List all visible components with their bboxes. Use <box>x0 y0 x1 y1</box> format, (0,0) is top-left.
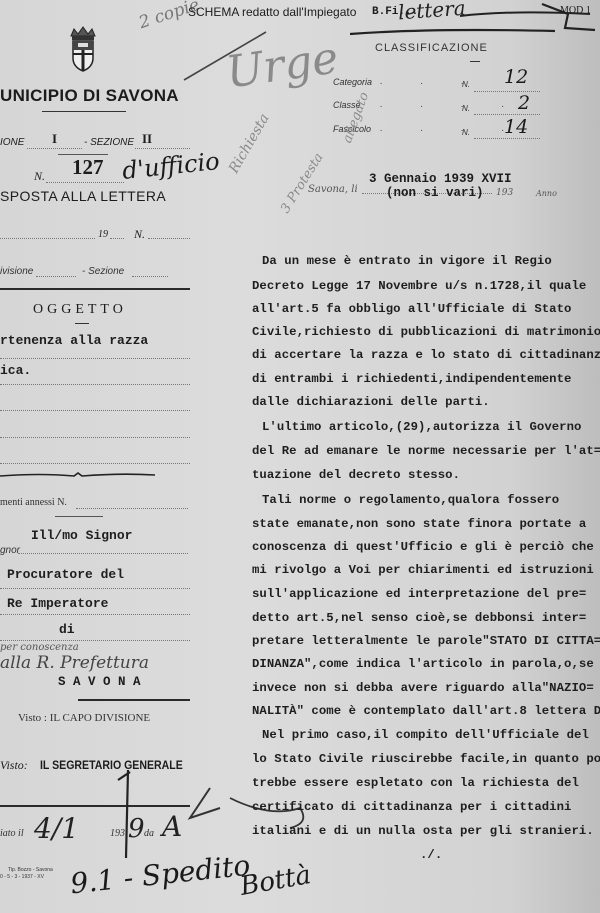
recipient-line-4: di <box>59 622 75 637</box>
body-line: sull'applicazione ed interpretazione del… <box>252 587 586 601</box>
title-ornament-divider <box>42 111 126 112</box>
visto-capo-divisione: Visto : IL CAPO DIVISIONE <box>18 712 150 724</box>
subject-line-2: ica. <box>0 363 31 378</box>
reply-year-label: 19 <box>98 229 108 240</box>
section-label: - SEZIONE <box>84 137 134 148</box>
pencil-annotation-allegato: allegato <box>340 90 372 145</box>
recipient-prefix-label: gnor <box>0 545 20 556</box>
body-line: Civile,richiesto di pubblicazioni di mat… <box>252 325 600 339</box>
handwritten-sent-day: 4/1 <box>34 812 79 845</box>
body-line: NALITÀ" come è contemplato dall'art.8 le… <box>252 704 600 718</box>
schema-label: SCHEMA redatto dall'Impiegato <box>188 5 356 19</box>
body-line: del Re ad emanare le norme necessarie pe… <box>252 444 600 458</box>
reply-division-label: ivisione <box>0 266 33 277</box>
body-line: di accertare la razza e lo stato di citt… <box>252 348 600 362</box>
classe-value: 2 <box>518 92 530 114</box>
printer-line-2: 0 - 5 - 3 - 1937 - XV <box>0 874 44 880</box>
printer-line-1: Tip. Bozzo - Savona <box>8 867 53 873</box>
attachments-label: menti annessi N. <box>0 497 67 508</box>
pencil-annotation-richiesta: Richiesta <box>226 111 273 176</box>
body-line: dalle dichiarazioni delle parti. <box>252 395 490 409</box>
savona-coat-of-arms-icon <box>68 26 98 72</box>
date-note: (non si vari) <box>386 186 484 200</box>
body-line: Decreto Legge 17 Novembre u/s n.1728,il … <box>252 279 586 293</box>
date-place-label: Savona, li <box>308 184 358 195</box>
recipient-city: S A V O N A <box>58 675 141 689</box>
body-line: all'art.5 fa obbligo all'Ufficiale di St… <box>252 302 571 316</box>
body-line: lo Stato Civile riuscirebbe facile,in qu… <box>252 752 600 766</box>
body-line: Tali norme o regolamento,qualora fossero <box>262 493 559 507</box>
municipality-title: UNICIPIO DI SAVONA <box>0 86 179 106</box>
subject-line-1: rtenenza alla razza <box>0 333 148 348</box>
reply-n-label: N. <box>134 227 145 242</box>
subject-ornament-divider <box>0 472 160 480</box>
section-value: II <box>142 131 152 147</box>
body-line: ./. <box>420 848 442 862</box>
subject-heading: OGGETTO <box>33 302 127 318</box>
body-line: conoscenza di quest'Ufficio e gli è perc… <box>252 540 594 554</box>
body-line: Da un mese è entrato in vigore il Regio <box>262 254 552 268</box>
handwritten-dufficio: d'ufficio <box>121 147 221 185</box>
body-line: DINANZA",come indica l'articolo in parol… <box>252 657 594 671</box>
recipient-line-3: Re Imperatore <box>7 596 108 611</box>
body-line: Nel primo caso,il compito dell'Ufficiale… <box>262 728 589 742</box>
handwritten-per-conoscenza: per conoscenza <box>0 642 79 653</box>
body-line: italiani e di un nulla osta per gli stra… <box>252 824 594 838</box>
body-line: state emanate,non sono state finora port… <box>252 517 586 531</box>
protocol-number: 127 <box>72 155 104 180</box>
fascicolo-value: 14 <box>504 116 528 138</box>
handwritten-prefettura: alla R. Prefettura <box>0 653 149 673</box>
letter-date: 3 Gennaio 1939 XVII <box>369 172 512 186</box>
categoria-value: 12 <box>504 66 528 88</box>
body-line: invece non si debba avere riguardo alla"… <box>252 681 594 695</box>
sent-label: iato il <box>0 828 24 839</box>
reply-section-label: - Sezione <box>82 266 124 277</box>
body-line: detto art.5,nel senso cioè,se debbonsi i… <box>252 611 586 625</box>
classification-title: CLASSIFICAZIONE <box>375 42 488 54</box>
body-line: trebbe essere espletato con la richiesta… <box>252 776 579 790</box>
da-label: da <box>144 828 154 839</box>
handwritten-da-initial: A <box>162 810 182 843</box>
body-line: pretare letteralmente le parole"STATO DI… <box>252 634 600 648</box>
body-line: di entrambi i richiedenti,indipendenteme… <box>252 372 571 386</box>
body-line: L'ultimo articolo,(29),autorizza il Gove… <box>262 420 581 434</box>
division-label: IONE <box>0 137 24 148</box>
recipient-line-1: Ill/mo Signor <box>31 528 132 543</box>
number-label: N. <box>34 169 45 184</box>
division-value: I <box>52 131 57 147</box>
form-model-label: MOD 1 <box>560 5 591 16</box>
reply-to-letter-label: SPOSTA ALLA LETTERA <box>0 188 166 204</box>
classification-dash <box>470 61 480 62</box>
handwritten-sent-year: 9 <box>128 814 145 844</box>
recipient-line-2: Procuratore del <box>7 567 124 582</box>
body-line: certificato di cittadinanza per i cittad… <box>252 800 571 814</box>
date-year-label: 193 <box>496 188 513 198</box>
body-line: tuazione del decreto stesso. <box>252 468 460 482</box>
document-page: UNICIPIO DI SAVONA 2 copie SCHEMA redatt… <box>0 0 600 913</box>
body-line: mi rivolgo a Voi per chiarimenti ed istr… <box>252 563 594 577</box>
date-anno-label: Anno <box>536 189 557 198</box>
sent-year-prefix: 193 <box>110 828 125 839</box>
visto-segretario-label: Visto: <box>0 758 28 773</box>
